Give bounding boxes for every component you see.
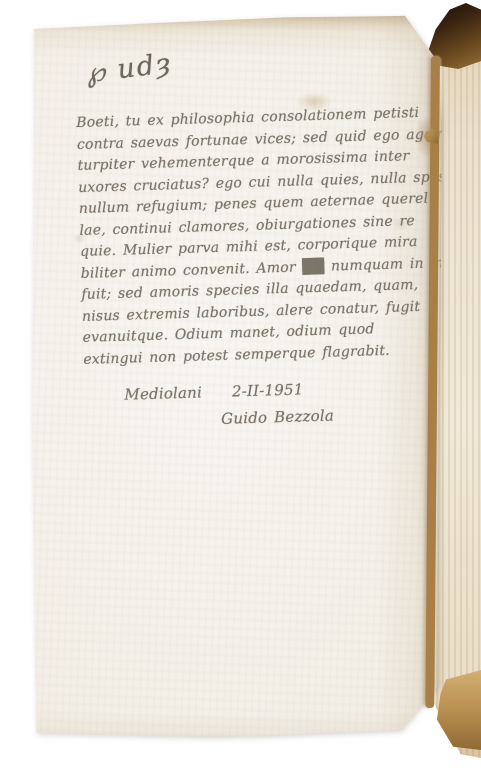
inscription-lines: Boeti, tu ex philosophia consolationem p… xyxy=(76,102,465,371)
flyleaf-wrapper: ℘ udȝ Boeti, tu ex philosophia consolati… xyxy=(0,0,481,768)
dateline-place: Mediolani xyxy=(124,382,202,406)
book-photo: ℘ udȝ Boeti, tu ex philosophia consolati… xyxy=(0,0,481,768)
dateline-date: 2-II-1951 xyxy=(232,379,304,403)
flyleaf-page: ℘ udȝ Boeti, tu ex philosophia consolati… xyxy=(30,13,442,740)
handwritten-inscription: Boeti, tu ex philosophia consolationem p… xyxy=(76,102,467,434)
ink-shelf-mark: ℘ udȝ xyxy=(84,48,173,89)
signature: Guido Bezzola xyxy=(85,401,467,434)
